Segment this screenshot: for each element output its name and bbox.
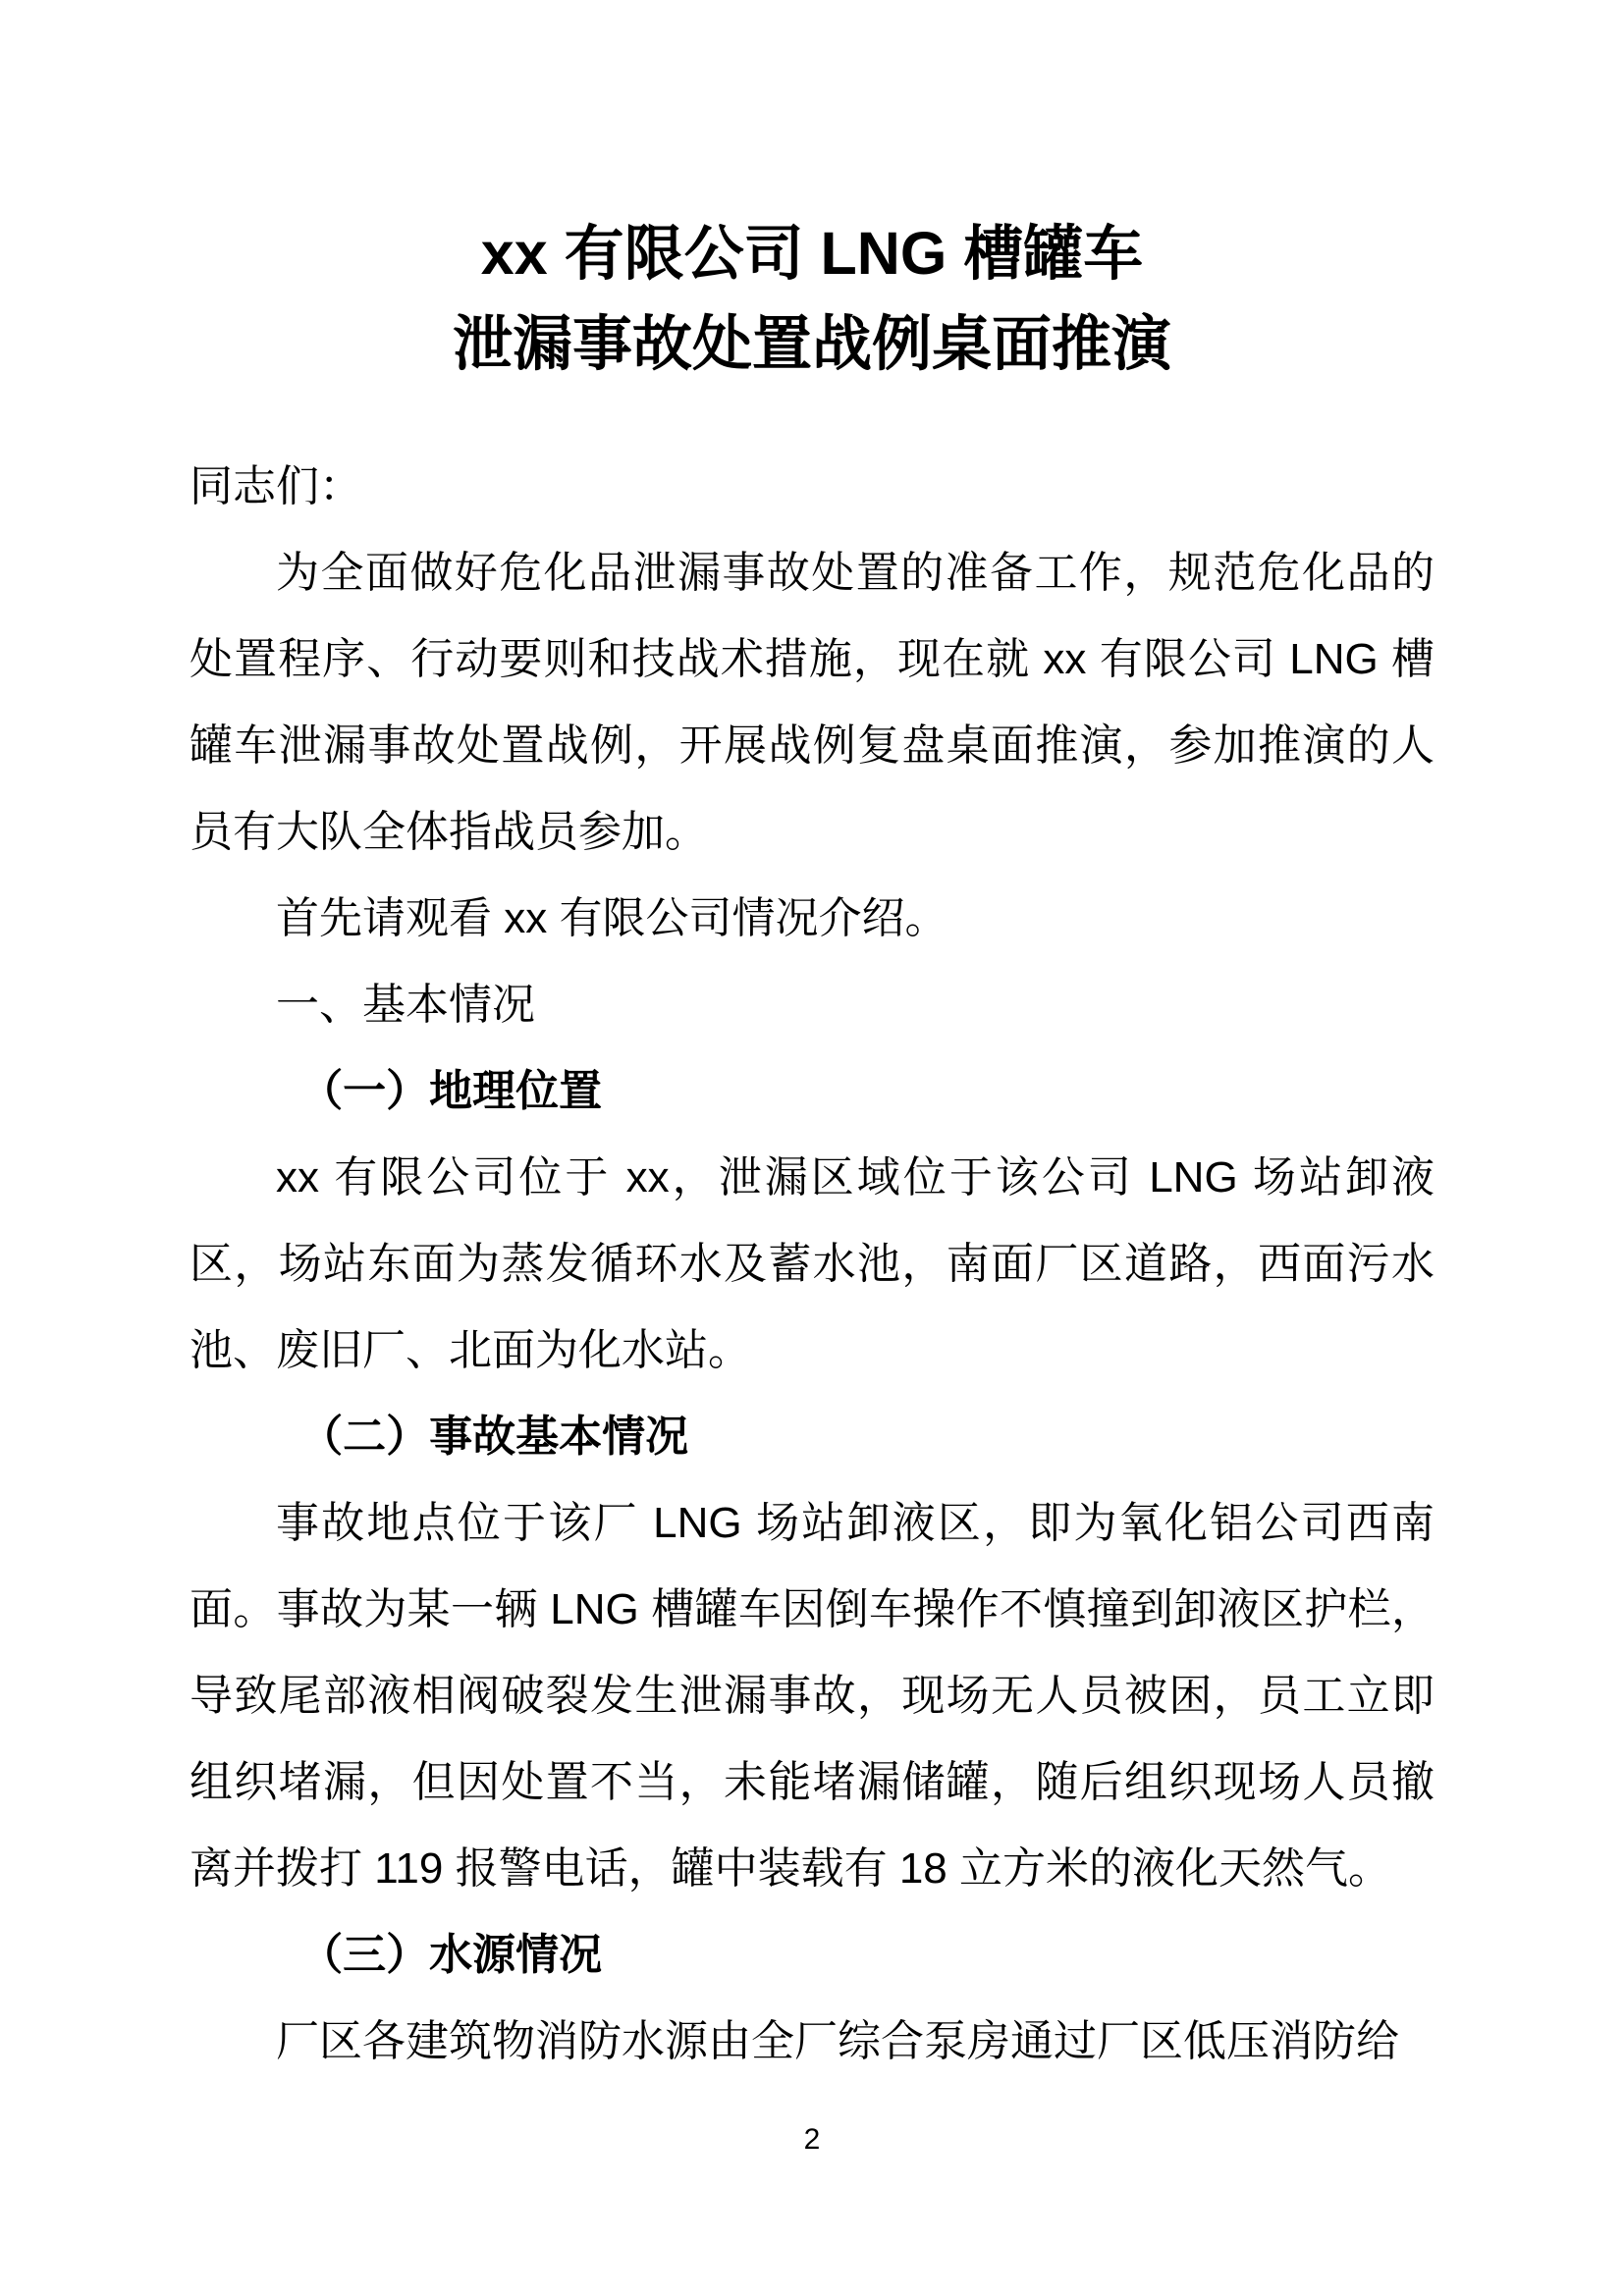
salutation: 同志们： — [189, 444, 1435, 530]
paragraph-water-source-situation: 厂区各建筑物消防水源由全厂综合泵房通过厂区低压消防给 — [189, 1999, 1435, 2085]
paragraph-intro: 为全面做好危化品泄漏事故处置的准备工作，规范危化品的处置程序、行动要则和技战术措… — [189, 530, 1435, 876]
paragraph-geographic-location: xx 有限公司位于 xx，泄漏区域位于该公司 LNG 场站卸液区，场站东面为蒸发… — [189, 1135, 1435, 1394]
page-number: 2 — [0, 2120, 1624, 2160]
document-content: xx 有限公司 LNG 槽罐车 泄漏事故处置战例桌面推演 同志们： 为全面做好危… — [189, 0, 1435, 2085]
document-title-line-1: xx 有限公司 LNG 槽罐车 — [189, 208, 1435, 298]
document-body: 同志们： 为全面做好危化品泄漏事故处置的准备工作，规范危化品的处置程序、行动要则… — [189, 444, 1435, 2085]
section-title-basic-situation: 一、基本情况 — [189, 962, 1435, 1048]
document-title: xx 有限公司 LNG 槽罐车 泄漏事故处置战例桌面推演 — [189, 0, 1435, 389]
heading-accident-basic-situation: （二）事故基本情况 — [189, 1394, 1435, 1480]
heading-water-source-situation: （三）水源情况 — [189, 1912, 1435, 1999]
document-page: xx 有限公司 LNG 槽罐车 泄漏事故处置战例桌面推演 同志们： 为全面做好危… — [0, 0, 1624, 2296]
paragraph-accident-basic-situation: 事故地点位于该厂 LNG 场站卸液区，即为氧化铝公司西南面。事故为某一辆 LNG… — [189, 1480, 1435, 1912]
document-title-line-2: 泄漏事故处置战例桌面推演 — [189, 298, 1435, 389]
paragraph-company-intro-lead: 首先请观看 xx 有限公司情况介绍。 — [189, 876, 1435, 962]
heading-geographic-location: （一）地理位置 — [189, 1048, 1435, 1135]
